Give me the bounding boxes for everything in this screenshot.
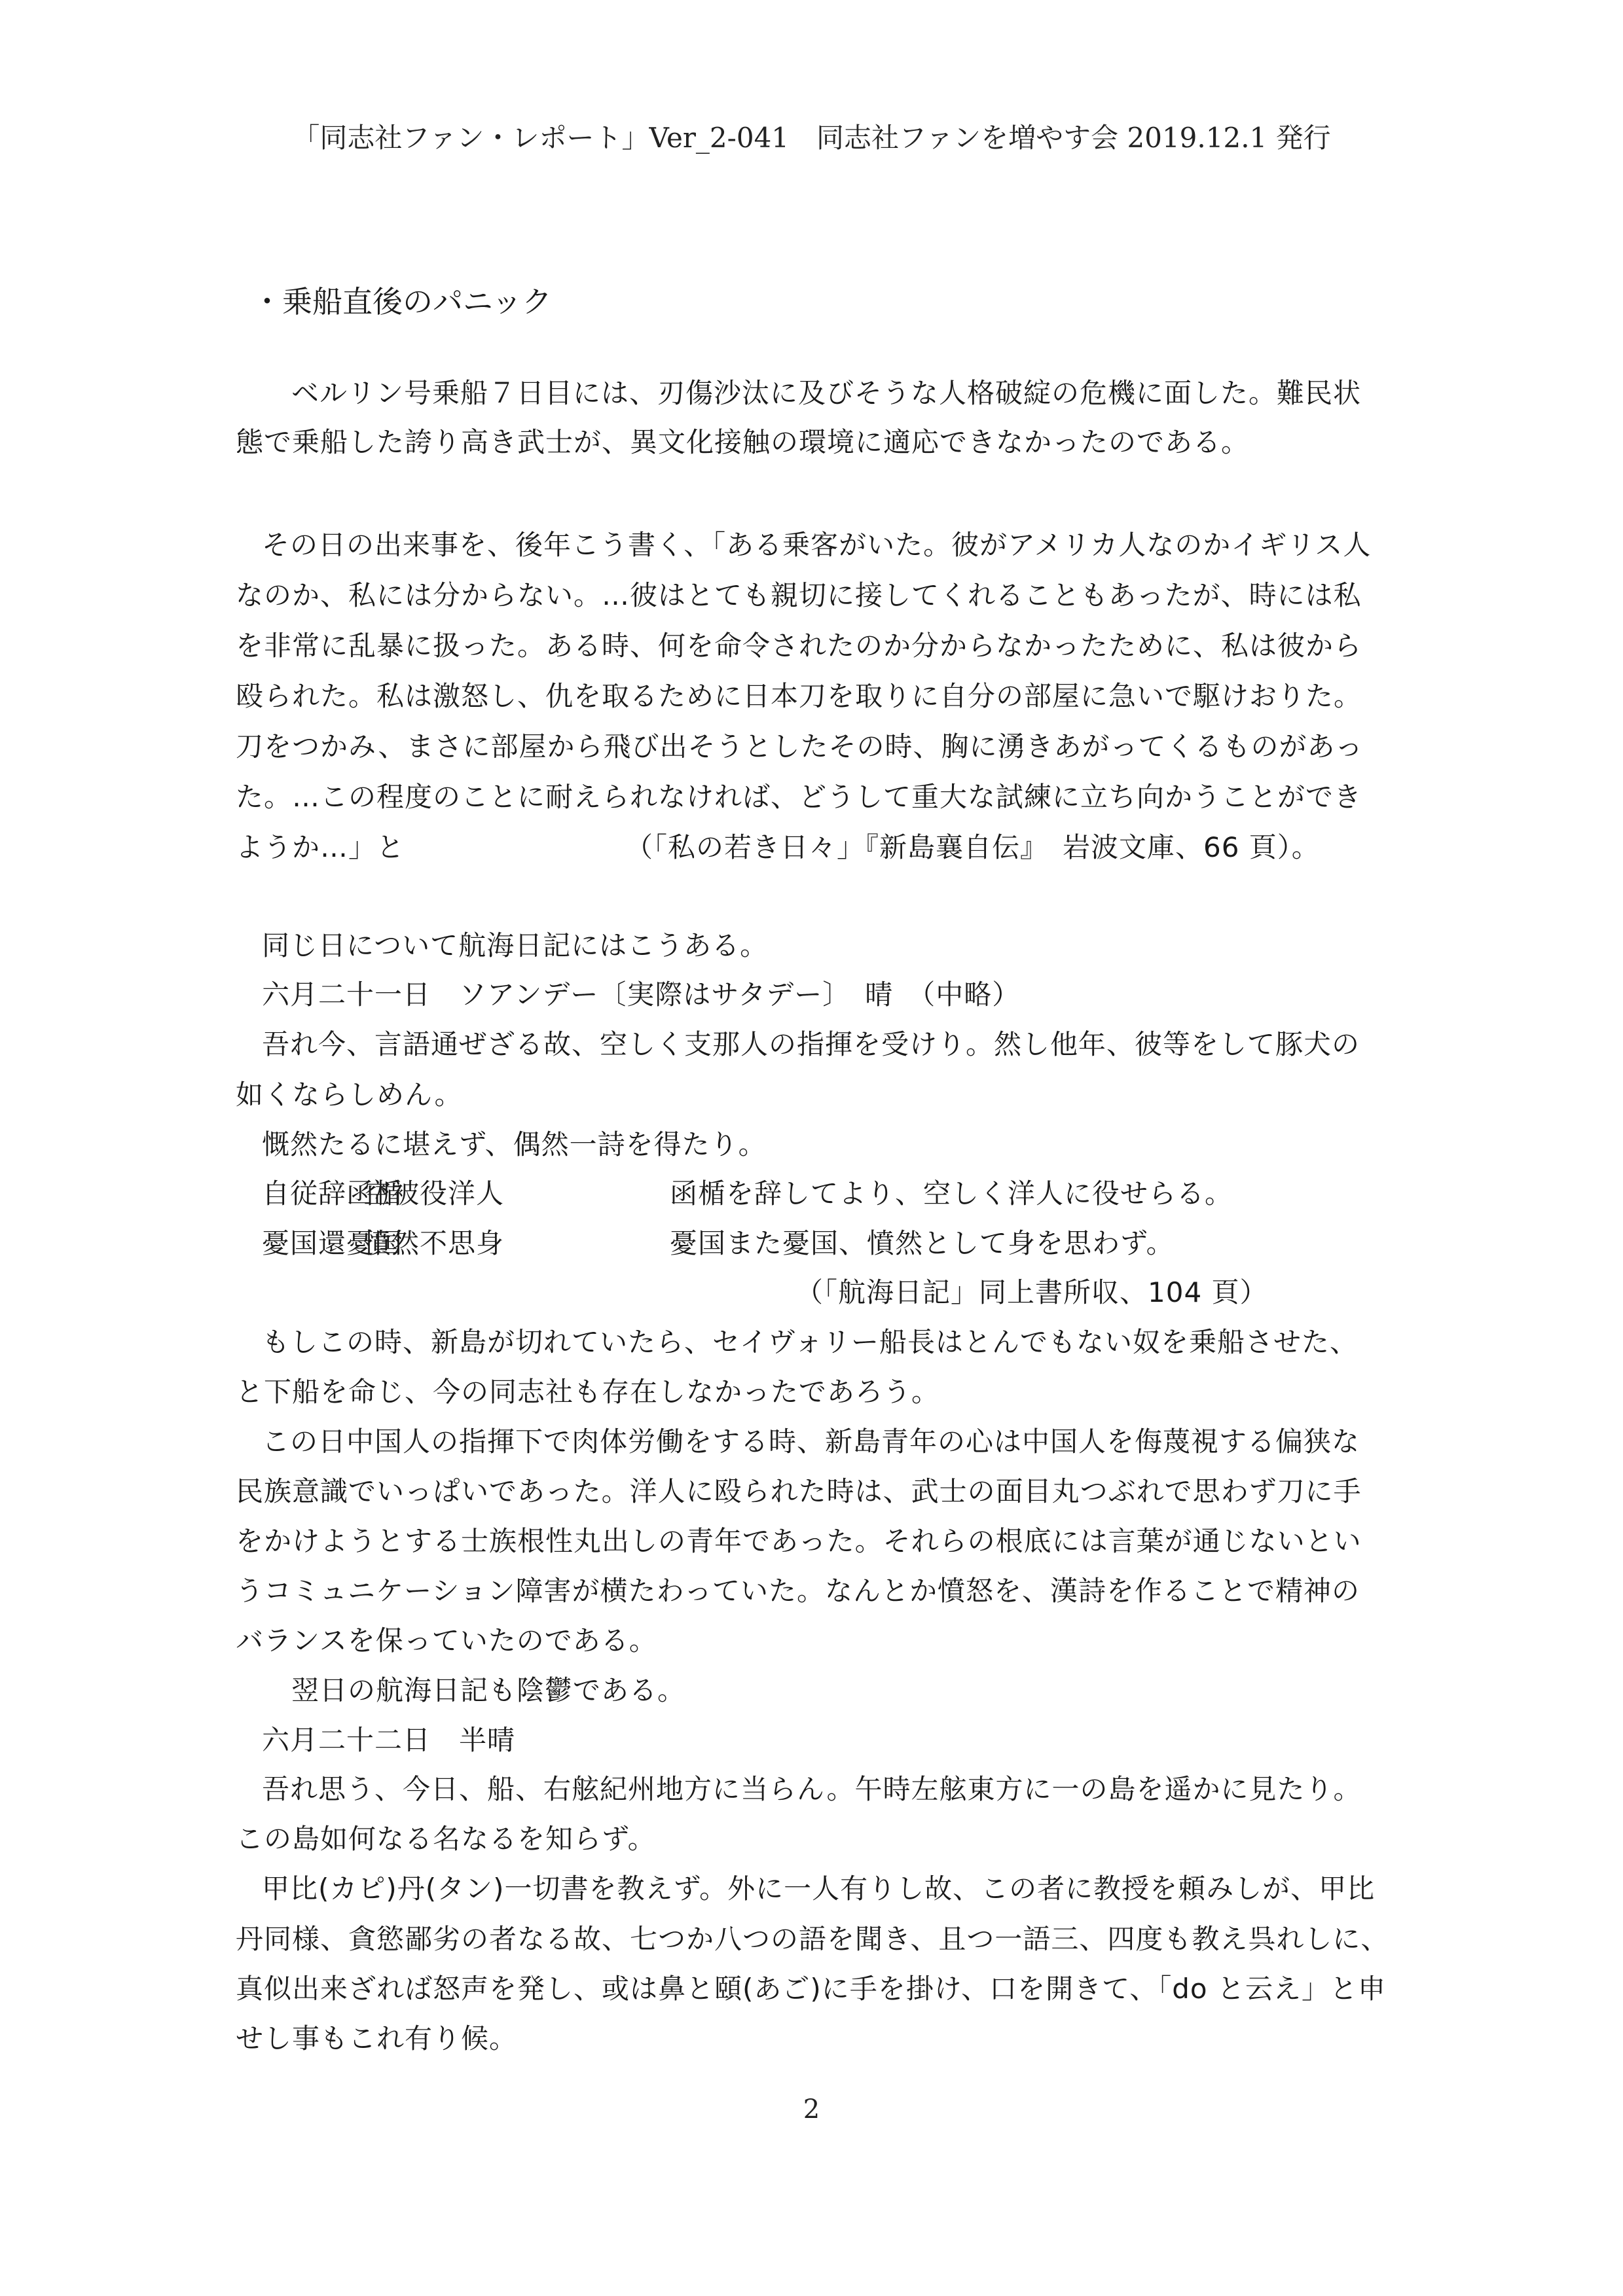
page-number: 2 (0, 2094, 1623, 2125)
paragraph-line: 民族意識でいっぱいであった。洋人に殴られた時は、武士の面目丸つぶれで思わず刀に手 (236, 1470, 1362, 1509)
page-header: 「同志社ファン・レポート」Ver_2-041 同志社ファンを増やす会 2019.… (0, 117, 1623, 156)
poem-citation: （「航海日記」同上書所収、104 頁） (795, 1271, 1268, 1310)
diary-text: 如くならしめん。 (236, 1073, 463, 1113)
diary-text: この島如何なる名なるを知らず。 (236, 1818, 656, 1857)
paragraph-line: うコミュニケーション障害が横たわっていた。なんとか憤怒を、漢詩を作ることで精神の (236, 1570, 1360, 1609)
paragraph-line: バランスを保っていたのである。 (236, 1619, 657, 1659)
diary-date: 六月二十二日 半晴 (262, 1719, 515, 1758)
poem-reading-1: 函楯を辞してより、空しく洋人に役せらる。 (670, 1172, 1233, 1211)
diary-text: 真似出来ざれば怒声を発し、或は鼻と頤(あご)に手を掛け、口を開きて、「do と云… (236, 1967, 1386, 2007)
diary-text: 甲比(カピ)丹(タン)一切書を教えず。外に一人有りし故、この者に教授を頼みしが、… (262, 1867, 1375, 1907)
paragraph-line: と下船を命じ、今の同志社も存在しなかったであろう。 (236, 1371, 939, 1410)
paragraph-line: 刀をつかみ、まさに部屋から飛び出そうとしたその時、胸に湧きあがってくるものがあっ (236, 725, 1363, 764)
poem-line-1b: 空被役洋人 (363, 1172, 504, 1211)
paragraph-line: その日の出来事を、後年こう書く、「ある乗客がいた。彼がアメリカ人なのかイギリス人 (262, 524, 1371, 563)
paragraph-line: を非常に乱暴に扱った。ある時、何を命令されたのか分からなかったために、私は彼から (236, 624, 1362, 664)
paragraph-line: なのか、私には分からない。…彼はとても親切に接してくれることもあったが、時には私 (236, 574, 1362, 613)
paragraph-line: た。…この程度のことに耐えられなければ、どうして重大な試練に立ち向かうことができ (236, 776, 1362, 815)
paragraph-line: 翌日の航海日記も陰鬱である。 (291, 1669, 685, 1708)
paragraph-line: この日中国人の指揮下で肉体労働をする時、新島青年の心は中国人を侮蔑視する偏狭な (262, 1420, 1360, 1460)
diary-text: 慨然たるに堪えず、偶然一詩を得たり。 (262, 1123, 767, 1162)
citation: （「私の若き日々」『新島襄自伝』 岩波文庫、66 頁）。 (625, 826, 1320, 865)
section-title: ・乗船直後のパニック (252, 278, 552, 321)
diary-text: 吾れ思う、今日、船、右舷紀州地方に当らん。午時左舷東方に一の島を遥かに見たり。 (262, 1768, 1362, 1807)
diary-text: 丹同様、貪慾鄙劣の者なる故、七つか八つの語を聞き、且つ一語三、四度も教え呉れしに… (236, 1918, 1389, 1957)
paragraph-line: をかけようとする士族根性丸出しの青年であった。それらの根底には言葉が通じないとい (236, 1520, 1362, 1559)
paragraph-line: 殴られた。私は激怒し、仇を取るために日本刀を取りに自分の部屋に急いで駆けおりた。 (236, 675, 1362, 714)
diary-text: せし事もこれ有り候。 (236, 2017, 517, 2056)
paragraph-line: ようか…」と (236, 826, 405, 865)
paragraph-line: ベルリン号乗船７日目には、刃傷沙汰に及びそうな人格破綻の危機に面した。難民状 (291, 372, 1361, 411)
paragraph-line: もしこの時、新島が切れていたら、セイヴォリー船長はとんでもない奴を乗船させた、 (262, 1321, 1358, 1360)
poem-reading-2: 憂国また憂国、憤然として身を思わず。 (670, 1222, 1175, 1261)
paragraph-line: 同じ日について航海日記にはこうある。 (262, 924, 768, 963)
poem-line-2b: 憤然不思身 (363, 1222, 504, 1261)
diary-date: 六月二十一日 ソアンデー〔実際はサタデー〕 晴 （中略） (262, 973, 1020, 1013)
diary-text: 吾れ今、言語通ぜざる故、空しく支那人の指揮を受けり。然し他年、彼等をして豚犬の (262, 1023, 1360, 1062)
paragraph-line: 態で乗船した誇り高き武士が、異文化接触の環境に適応できなかったのである。 (236, 421, 1249, 460)
